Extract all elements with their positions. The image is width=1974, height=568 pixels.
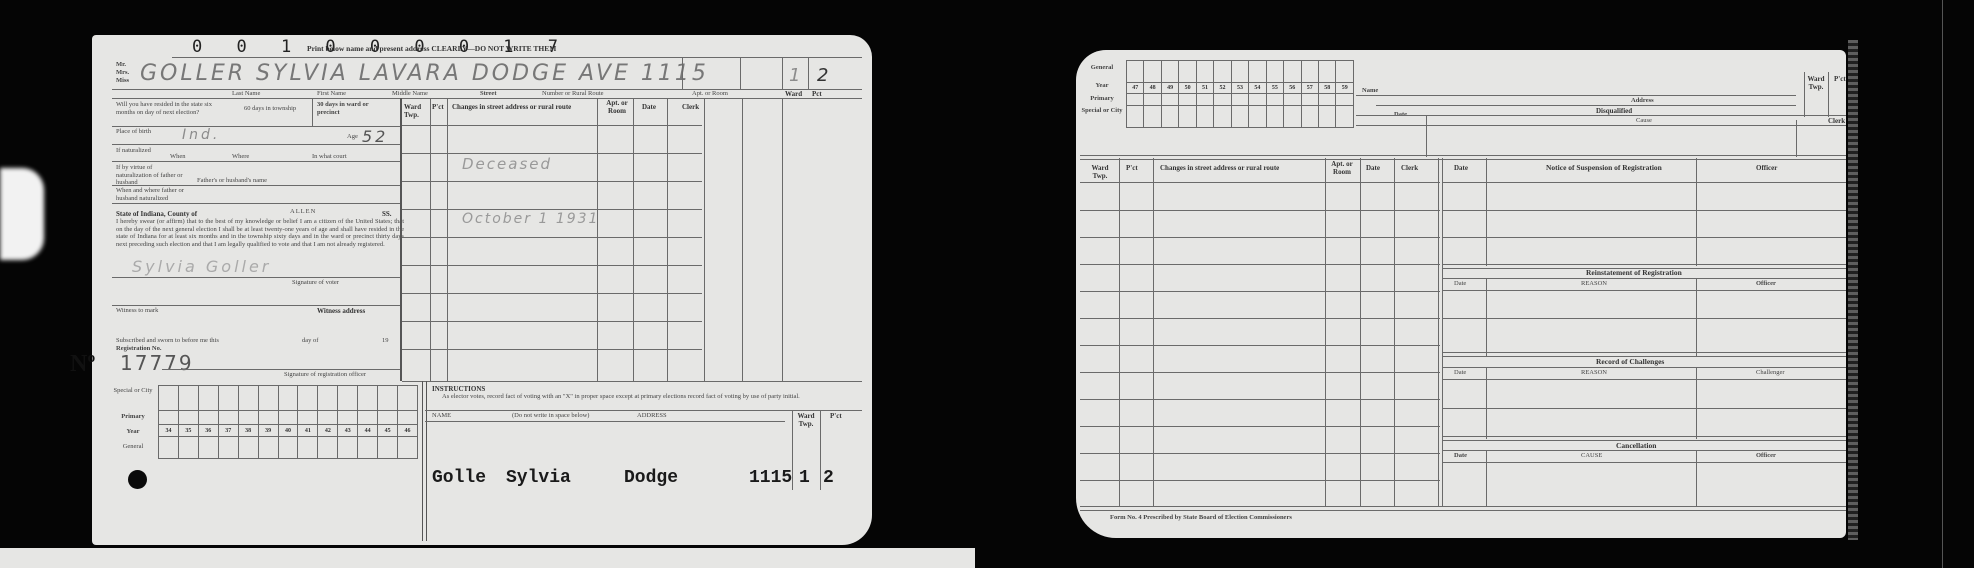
place-of-birth-label: Place of birth: [116, 128, 156, 136]
changes-header-address: Changes in street address or rural route: [452, 103, 571, 111]
disqualified-cause-label: Cause: [1636, 117, 1652, 125]
reinstatement-date-header: Date: [1454, 280, 1466, 288]
year-cell: 52: [1214, 83, 1231, 94]
vote-row-general: General: [112, 443, 154, 451]
number-symbol: Nº: [70, 351, 95, 378]
parent-naturalization-label: If by virtue of naturalization of father…: [116, 164, 186, 187]
reinstatement-title: Reinstatement of Registration: [1586, 269, 1682, 277]
punch-hole: [128, 470, 147, 489]
index-ward: 1: [799, 468, 810, 488]
index-first-name: Sylvia: [506, 468, 571, 488]
reinstatement-reason-header: REASON: [1581, 280, 1607, 288]
change-entry-deceased: Deceased: [462, 155, 552, 173]
index-do-not-write: (Do not write in space below): [512, 412, 589, 420]
back-changes-address: Changes in street address or rural route: [1160, 164, 1279, 172]
father-name-label: Father's or husband's name: [197, 177, 267, 185]
year-cell: 43: [338, 425, 358, 437]
oath-county-prefix: State of Indiana, County of: [116, 210, 197, 218]
signature-voter-label: Signature of voter: [292, 279, 339, 287]
oath-text: I hereby swear (or affirm) that to the b…: [116, 218, 404, 248]
year-cell: 37: [218, 425, 238, 437]
age-label: Age: [347, 133, 358, 141]
year-cell: 40: [278, 425, 298, 437]
year-cell: 38: [238, 425, 258, 437]
cancellation-cause-header: CAUSE: [1581, 452, 1602, 460]
index-pct-value: 2: [823, 468, 834, 488]
label-pct: Pct: [812, 90, 822, 98]
year-cell: 45: [378, 425, 398, 437]
vote-row-primary: Primary: [112, 413, 154, 421]
year-cell: 56: [1284, 83, 1301, 94]
vote-row-special: Special or City: [112, 387, 154, 395]
changes-header-clerk: Clerk: [682, 103, 699, 111]
year-cell: 42: [318, 425, 338, 437]
label-apt: Apt. or Room: [692, 90, 728, 98]
suspension-officer-header: Officer: [1756, 164, 1777, 172]
transfer-name-label: Name: [1362, 87, 1378, 95]
registration-card-front: 0 0 1 0 0 0 0 1 7 Print below name and p…: [92, 35, 872, 545]
challenges-title: Record of Challenges: [1596, 358, 1664, 366]
index-last-name: Golle: [432, 468, 486, 488]
year-cell: 47: [1127, 83, 1144, 94]
year-cell: 46: [398, 425, 418, 437]
film-scratch-line: [1942, 0, 1943, 568]
challenges-challenger-header: Challenger: [1756, 369, 1785, 377]
witness-mark-label: Witness to mark: [116, 307, 158, 315]
index-address-label: ADDRESS: [637, 412, 667, 420]
back-row-special: Special or City: [1080, 107, 1124, 115]
index-name-label: NAME: [432, 412, 451, 420]
label-first-name: First Name: [317, 90, 346, 98]
father-naturalized-label: When and where father or husband natural…: [116, 187, 201, 202]
year-cell: 34: [159, 425, 179, 437]
year-cell: 35: [178, 425, 198, 437]
year-cell: 44: [358, 425, 378, 437]
back-changes-apt: Apt. or Room: [1328, 160, 1356, 176]
transfer-ward-twp: Ward Twp.: [1805, 75, 1827, 91]
handwritten-pct: 2: [817, 65, 831, 86]
back-changes-pct: P'ct: [1126, 164, 1138, 172]
residence-question: Will you have resided in the state six m…: [116, 101, 216, 116]
year-prefix: 19: [382, 337, 389, 345]
year-cell: 39: [258, 425, 278, 437]
naturalized-label: If naturalized: [116, 147, 156, 155]
reinstatement-officer-header: Officer: [1756, 280, 1776, 288]
witness-address-label: Witness address: [317, 307, 365, 315]
index-street: Dodge: [624, 468, 678, 488]
adjacent-card-edge: [0, 168, 44, 260]
year-cell: 58: [1318, 83, 1335, 94]
transfer-pct: P'ct: [1834, 75, 1846, 83]
where-label: Where: [232, 153, 249, 161]
challenges-reason-header: REASON: [1581, 369, 1607, 377]
year-cell: 49: [1161, 83, 1178, 94]
registration-card-back: General Year Primary Special or City 47 …: [1076, 50, 1846, 538]
days-ward-label: 30 days in ward or precinct: [317, 101, 387, 116]
change-entry-date: October 1 1931: [462, 211, 599, 227]
year-cell: 36: [198, 425, 218, 437]
label-number-route: Number or Rural Route: [542, 90, 604, 98]
suspension-title: Notice of Suspension of Registration: [1546, 164, 1662, 172]
index-number: 1115: [749, 468, 792, 488]
label-ward: Ward: [785, 90, 802, 98]
year-cell: 41: [298, 425, 318, 437]
handwritten-ward: 1: [789, 65, 803, 86]
subscribed-text: Subscribed and sworn to before me this: [116, 337, 219, 345]
challenges-date-header: Date: [1454, 369, 1466, 377]
instructions-title: INSTRUCTIONS: [432, 385, 485, 393]
index-ward-twp: Ward Twp.: [794, 412, 818, 428]
disqualified-label: Disqualified: [1596, 107, 1632, 115]
header-instruction: Print below name and present address CLE…: [307, 45, 556, 53]
cancellation-officer-header: Officer: [1756, 452, 1776, 460]
court-label: In what court: [312, 153, 347, 161]
handwritten-name-address: GOLLER SYLVIA LAVARA DODGE AVE 1115: [140, 61, 709, 86]
vote-row-year: Year: [112, 428, 154, 436]
back-row-year: Year: [1080, 82, 1124, 90]
changes-header-date: Date: [642, 103, 656, 111]
label-street: Street: [480, 90, 496, 98]
suspension-date-header: Date: [1454, 164, 1468, 172]
year-cell: 55: [1266, 83, 1283, 94]
label-last-name: Last Name: [232, 90, 260, 98]
year-cell: 59: [1336, 83, 1354, 94]
back-changes-clerk: Clerk: [1401, 164, 1418, 172]
days-township-label: 60 days in township: [244, 105, 304, 113]
day-of-label: day of: [302, 337, 318, 345]
cancellation-date-header: Date: [1454, 452, 1467, 460]
year-cell: 50: [1179, 83, 1196, 94]
disqualified-clerk-label: Clerk: [1828, 117, 1845, 125]
film-edge: [1848, 40, 1858, 540]
instructions-text: As elector votes, record fact of voting …: [442, 393, 852, 401]
year-cell: 48: [1144, 83, 1161, 94]
title-mrs: Mrs.: [116, 69, 129, 77]
year-cell: 53: [1231, 83, 1248, 94]
changes-header-apt: Apt. or Room: [604, 99, 630, 115]
form-footer: Form No. 4 Prescribed by State Board of …: [1110, 514, 1292, 522]
handwritten-birthplace: Ind.: [182, 127, 220, 143]
back-row-primary: Primary: [1080, 95, 1124, 103]
registration-number: 17779: [120, 351, 194, 375]
back-changes-date: Date: [1366, 164, 1380, 172]
changes-header-pct: P'ct: [432, 103, 444, 111]
index-pct: P'ct: [830, 412, 842, 420]
back-row-general: General: [1080, 64, 1124, 72]
changes-header-ward: Ward Twp.: [404, 103, 430, 119]
handwritten-voter-signature: Sylvia Goller: [132, 257, 271, 276]
title-mr: Mr.: [116, 61, 126, 69]
year-cell: 51: [1196, 83, 1213, 94]
oath-county: ALLEN: [290, 208, 316, 216]
oath-ss: SS.: [382, 210, 392, 218]
signature-officer-label: Signature of registration officer: [284, 371, 366, 379]
cancellation-title: Cancellation: [1616, 442, 1656, 450]
title-miss: Miss: [116, 77, 129, 85]
back-changes-ward: Ward Twp.: [1088, 164, 1112, 180]
label-middle-name: Middle Name: [392, 90, 428, 98]
film-bottom-band: [0, 548, 975, 568]
transfer-address-label: Address: [1631, 97, 1654, 105]
year-cell: 54: [1249, 83, 1266, 94]
when-label: When: [170, 153, 186, 161]
year-cell: 57: [1301, 83, 1318, 94]
